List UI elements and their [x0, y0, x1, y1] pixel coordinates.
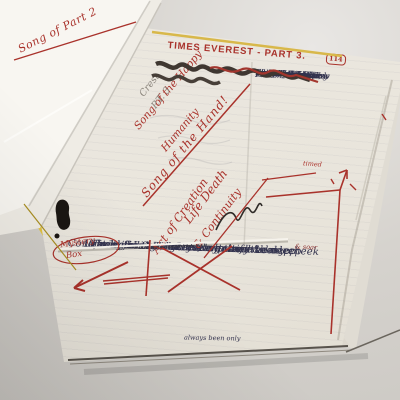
insert-word-soar: & soar: [295, 242, 317, 251]
insert-word-always: always been only: [184, 334, 241, 343]
red-insert-word: timed: [303, 159, 322, 168]
paragraph-line: Continuity has been creating the dream: [68, 237, 278, 258]
poem-line: eternal sleep: [256, 68, 308, 79]
paragraph-block: To go over.Living in the always, to puri…: [92, 238, 392, 248]
margin-note-line: Box: [65, 249, 82, 261]
loose-sheet-note: Song of Part 2: [16, 5, 99, 56]
photo-of-manuscript: { "colors": { "red_ink": "#a9322b", "blu…: [0, 0, 400, 400]
page-number-badge: 114: [326, 53, 346, 66]
